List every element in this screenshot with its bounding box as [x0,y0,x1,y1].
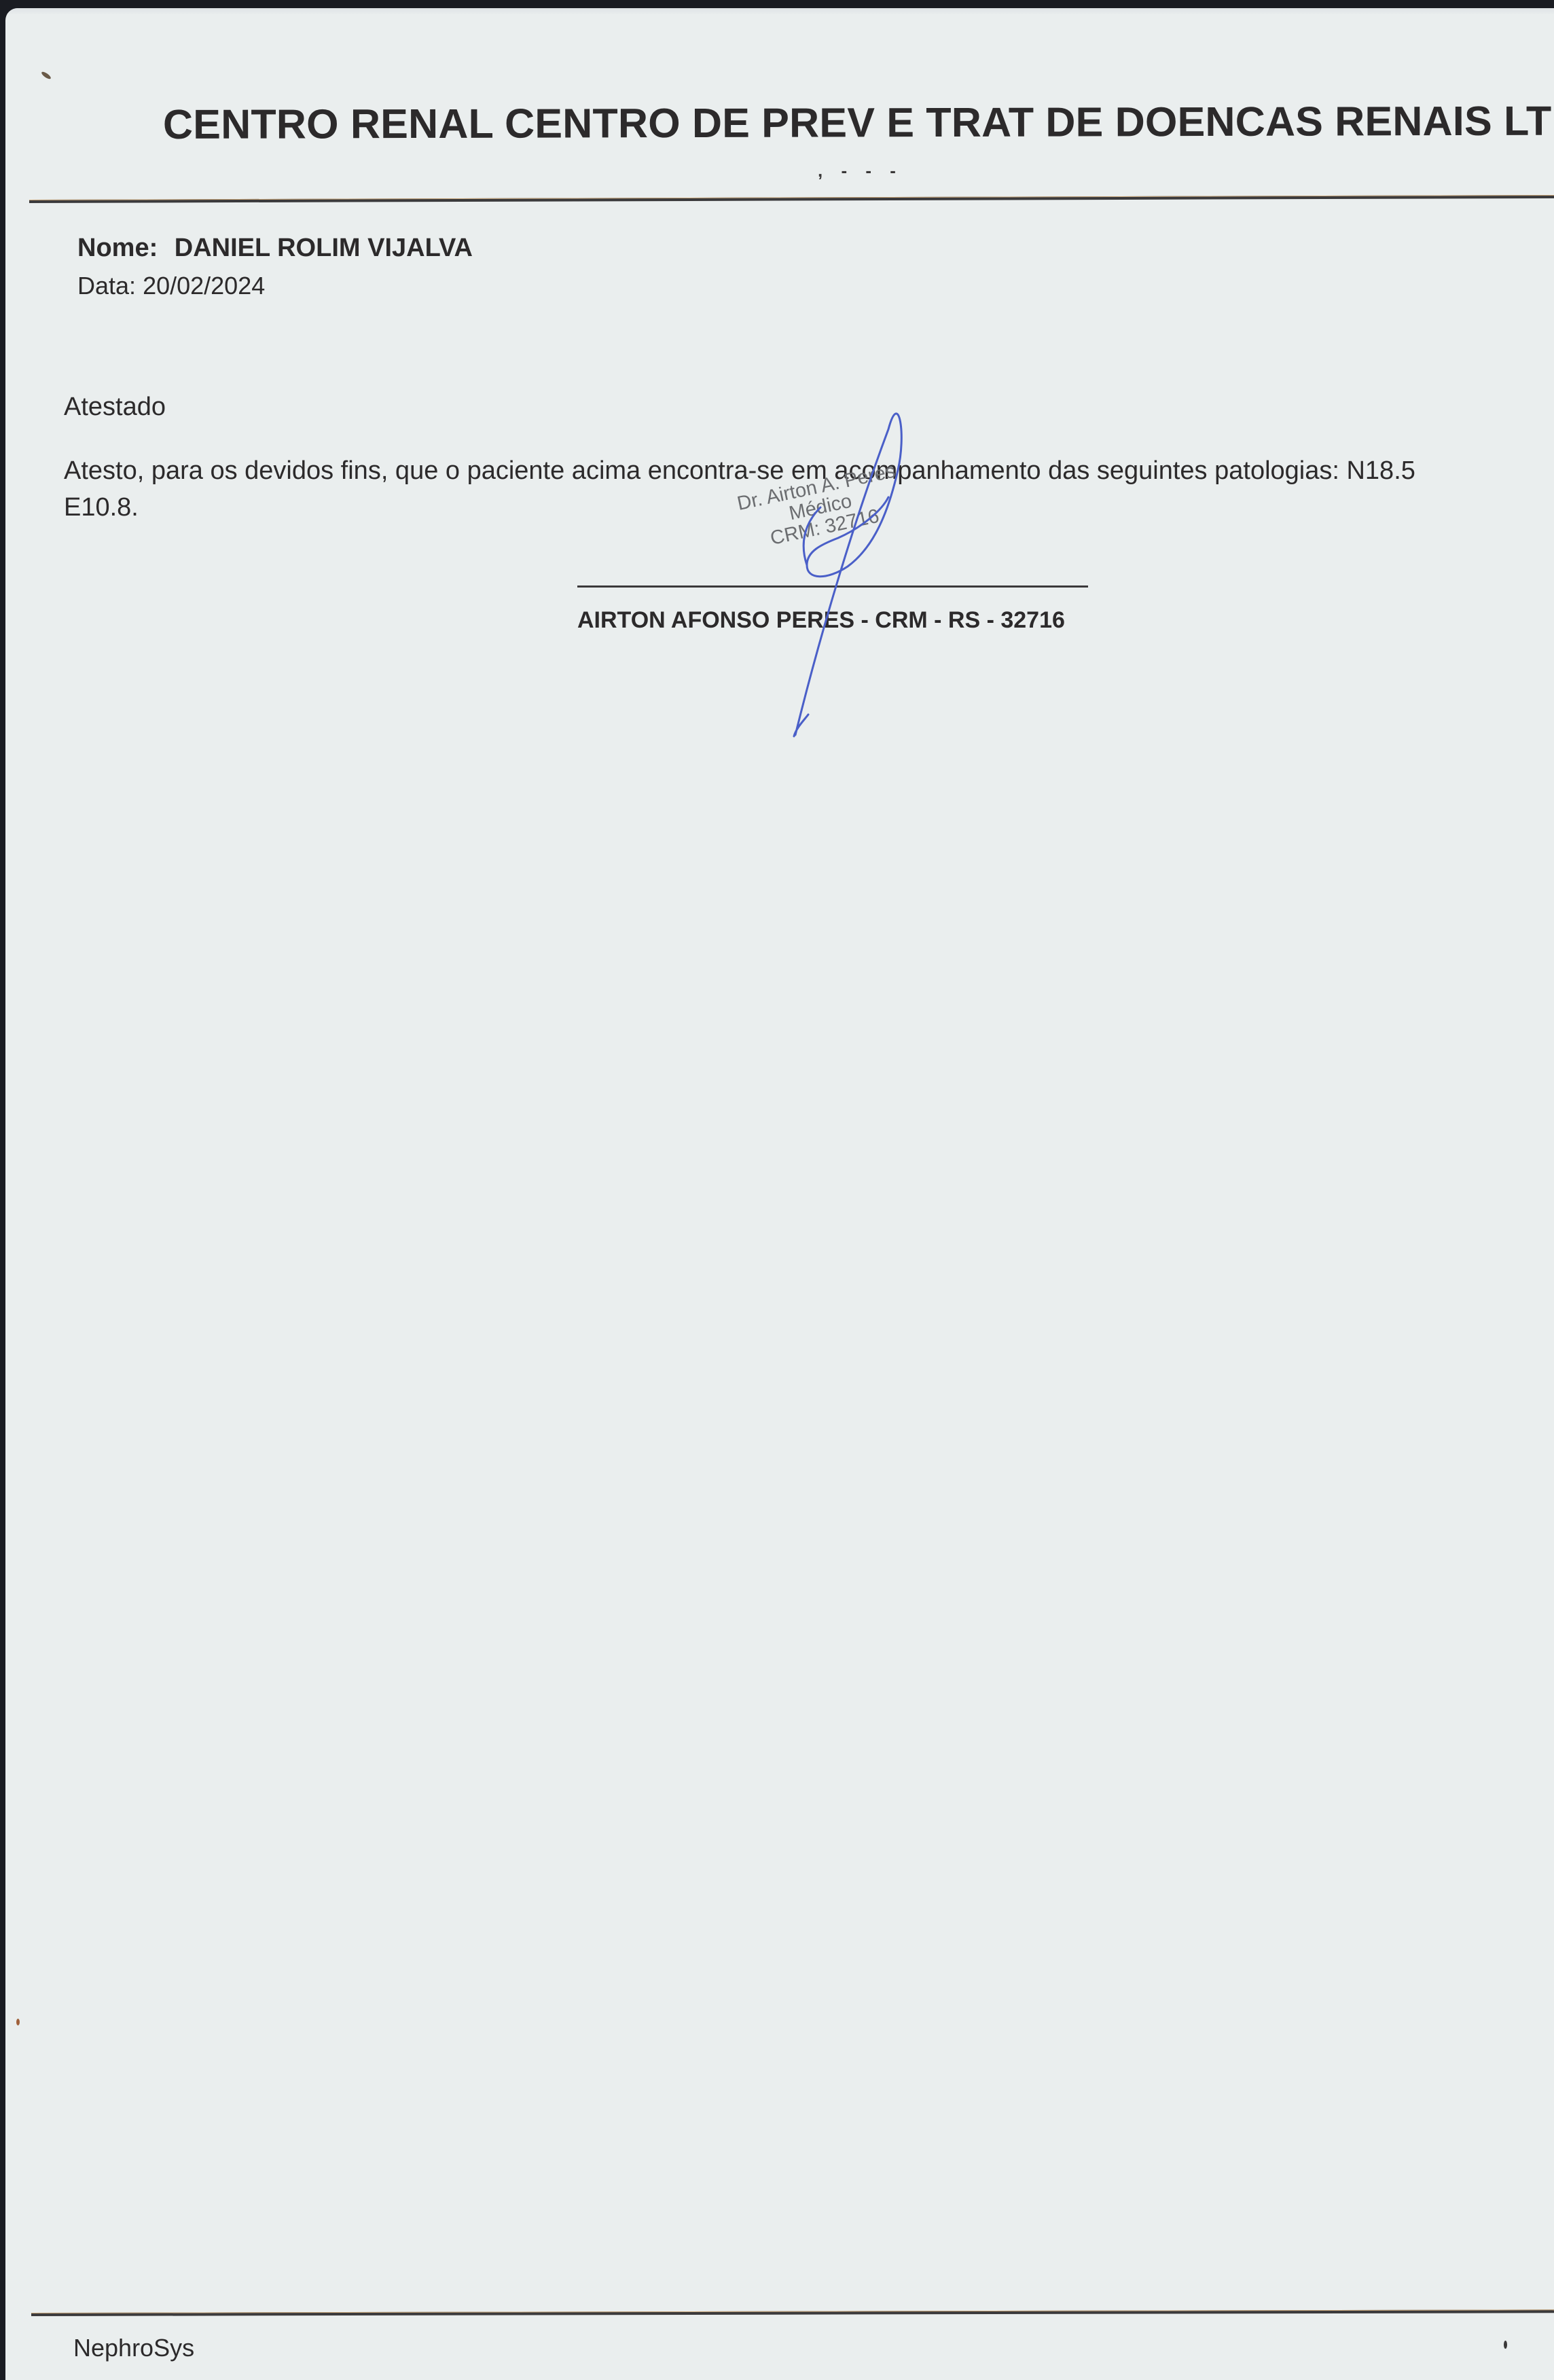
title-marks: , - - - [818,160,903,181]
document-heading: Atestado [64,393,166,422]
footer-system-name: NephroSys [73,2334,194,2362]
patient-name-label: Nome: [77,234,158,262]
patient-date-row: Data: 20/02/2024 [77,272,265,300]
scan-speck [1504,2341,1507,2349]
patient-name-row: Nome: DANIEL ROLIM VIJALVA [77,234,473,263]
clinic-title: CENTRO RENAL CENTRO DE PREV E TRAT DE DO… [163,96,1554,148]
footer-divider [31,2309,1554,2316]
signature-line [577,585,1088,588]
patient-date-label: Data: [77,272,136,300]
signer-name: AIRTON AFONSO PERES - CRM - RS - 32716 [577,607,1065,634]
page-top-edge [5,8,1554,15]
patient-name-value: DANIEL ROLIM VIJALVA [175,234,473,262]
header-divider [29,195,1554,203]
document-page: CENTRO RENAL CENTRO DE PREV E TRAT DE DO… [5,8,1554,2380]
scan-speck [41,71,52,80]
scan-speck [16,2019,20,2025]
patient-date-value: 20/02/2024 [143,272,265,300]
